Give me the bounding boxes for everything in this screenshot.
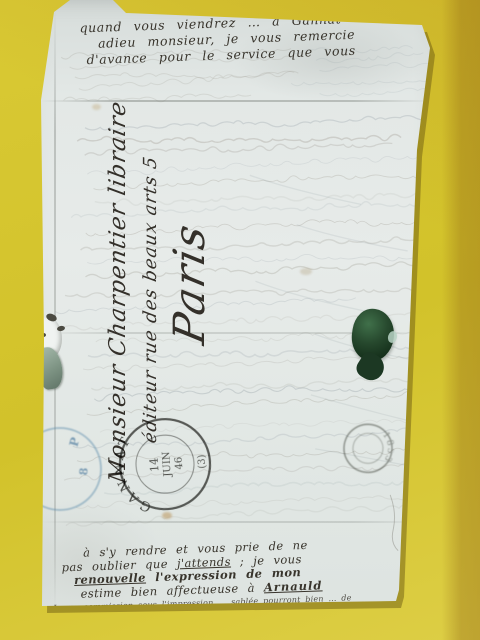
blue-stamp-glyph-1: P bbox=[67, 436, 83, 448]
signature: Arnauld bbox=[264, 578, 323, 594]
fold-crease-vertical bbox=[54, 10, 56, 610]
photo-of-letter: quand vous viendrez … à Gannat adieu mon… bbox=[0, 0, 480, 640]
postmark-year: 46 bbox=[174, 456, 186, 469]
foxing-spot bbox=[300, 268, 312, 275]
postmark-index-text: (3) bbox=[196, 454, 208, 469]
faint-transit-postmark: 1853 bbox=[334, 418, 398, 479]
gannat-postmark: GANNAT (3) 14 JUIN 46 bbox=[112, 410, 223, 517]
blue-stamp-glyph-2: 8 bbox=[77, 467, 91, 476]
fold-crease-bottom bbox=[40, 521, 432, 523]
svg-text:GANNAT: GANNAT bbox=[112, 431, 155, 517]
address-city: Paris bbox=[165, 80, 215, 349]
foxing-spot bbox=[92, 104, 101, 110]
postmark-town-text: GANNAT bbox=[112, 431, 155, 517]
postmark-month: JUIN bbox=[161, 451, 174, 478]
postmark-day: 14 bbox=[148, 457, 162, 472]
